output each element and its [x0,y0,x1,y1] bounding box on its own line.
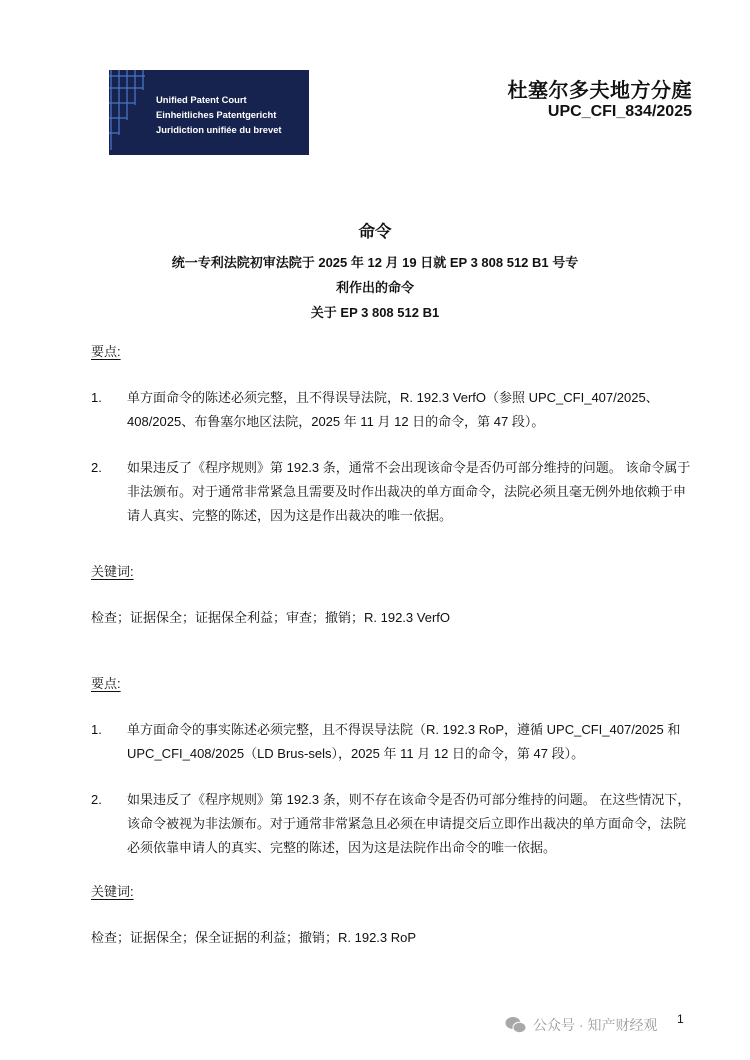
item-number: 1. [91,386,127,434]
headnotes-section-1: 要点: 1. 单方面命令的陈述必须完整，且不得误导法院，R. 192.3 Ver… [91,340,692,528]
title-block: 命令 统一专利法院初审法院于 2025 年 12 月 19 日就 EP 3 80… [0,218,750,325]
section-heading: 关键词: [91,880,134,904]
court-name: 杜塞尔多夫地方分庭 [508,74,693,103]
subtitle-line-3: 关于 EP 3 808 512 B1 [0,300,750,325]
item-number: 2. [91,788,127,860]
grid-logo-icon [109,70,149,155]
list-item: 2. 如果违反了《程序规则》第 192.3 条，通常不会出现该命令是否仍可部分维… [91,456,692,528]
item-text: 单方面命令的事实陈述必须完整，且不得误导法院（R. 192.3 RoP，遵循 U… [127,718,692,766]
upc-logo: Unified Patent Court Einheitliches Paten… [109,70,309,155]
keywords-text: 检查；证据保全；证据保全利益；审查；撤销；R. 192.3 VerfO [91,606,692,630]
list-item: 2. 如果违反了《程序规则》第 192.3 条，则不存在该命令是否仍可部分维持的… [91,788,692,860]
document-body: 要点: 1. 单方面命令的陈述必须完整，且不得误导法院，R. 192.3 Ver… [91,340,692,950]
list-item: 1. 单方面命令的陈述必须完整，且不得误导法院，R. 192.3 VerfO（参… [91,386,692,434]
case-number: UPC_CFI_834/2025 [548,103,692,121]
subtitle-line-1: 统一专利法院初审法院于 2025 年 12 月 19 日就 EP 3 808 5… [0,250,750,275]
item-text: 如果违反了《程序规则》第 192.3 条，则不存在该命令是否仍可部分维持的问题。… [127,788,692,860]
keywords-section-2: 关键词: 检查；证据保全；保全证据的利益；撤销；R. 192.3 RoP [91,880,692,950]
item-number: 1. [91,718,127,766]
item-text: 单方面命令的陈述必须完整，且不得误导法院，R. 192.3 VerfO（参照 U… [127,386,692,434]
keywords-section-1: 关键词: 检查；证据保全；证据保全利益；审查；撤销；R. 192.3 VerfO [91,560,692,630]
document-title: 命令 [0,218,750,242]
subtitle-line-2: 利作出的命令 [0,275,750,300]
logo-line-fr: Juridiction unifiée du brevet [156,122,282,137]
item-text: 如果违反了《程序规则》第 192.3 条，通常不会出现该命令是否仍可部分维持的问… [127,456,692,528]
watermark-text: 公众号 · 知产财经观 [533,1015,657,1035]
watermark: 公众号 · 知产财经观 [505,1015,657,1035]
item-number: 2. [91,456,127,528]
section-heading: 关键词: [91,560,134,584]
section-heading: 要点: [91,672,121,696]
logo-line-de: Einheitliches Patentgericht [156,107,282,122]
wechat-icon [505,1016,527,1034]
headnotes-section-2: 要点: 1. 单方面命令的事实陈述必须完整，且不得误导法院（R. 192.3 R… [91,672,692,860]
section-heading: 要点: [91,340,121,364]
logo-line-en: Unified Patent Court [156,92,282,107]
list-item: 1. 单方面命令的事实陈述必须完整，且不得误导法院（R. 192.3 RoP，遵… [91,718,692,766]
page-number: 1 [677,1012,684,1026]
keywords-text: 检查；证据保全；保全证据的利益；撤销；R. 192.3 RoP [91,926,692,950]
